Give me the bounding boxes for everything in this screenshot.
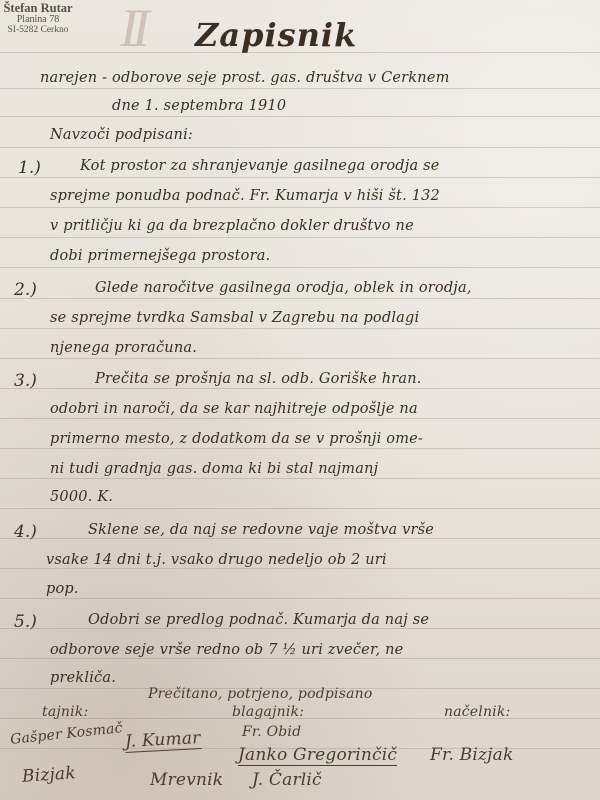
item-number: 3.) [14, 371, 37, 391]
item-line: Sklene se, da naj se redovne vaje moštva… [88, 522, 434, 538]
document-title: Zapisnik [195, 16, 357, 54]
item-line: primerno mesto, z dodatkom da se v prošn… [50, 431, 423, 447]
item-number: 4.) [14, 522, 37, 542]
present-line: Navzoči podpisani: [50, 127, 193, 143]
item-line: pop. [46, 581, 79, 597]
ruled-line [0, 267, 600, 268]
ruled-line [0, 328, 600, 329]
header-date: dne 1. septembra 1910 [112, 98, 286, 114]
item-line: vsake 14 dni t.j. vsako drugo nedeljo ob… [46, 552, 387, 568]
signature: Fr. Bizjak [430, 745, 513, 765]
item-line: sprejme ponudba podnač. Fr. Kumarja v hi… [50, 188, 440, 204]
ruled-line [0, 388, 600, 389]
item-number: 5.) [14, 612, 37, 632]
item-number: 1.) [18, 158, 41, 178]
item-line: Odobri se predlog podnač. Kumarja da naj… [88, 612, 429, 628]
ruled-line [0, 207, 600, 208]
ruled-line [0, 116, 600, 117]
ruled-line [0, 418, 600, 419]
signature: Gašper Kosmač [9, 720, 123, 748]
ruled-line [0, 628, 600, 629]
signature: Bizjak [21, 763, 76, 787]
ruled-line [0, 177, 600, 178]
item-line: v pritličju ki ga da brezplačno dokler d… [50, 218, 414, 234]
label-secretary: tajnik: [42, 704, 88, 720]
item-line: Glede naročitve gasilnega orodja, oblek … [95, 280, 472, 296]
item-number: 2.) [14, 280, 37, 300]
ruled-line [0, 237, 600, 238]
item-line: Kot prostor za shranjevanje gasilnega or… [80, 158, 440, 174]
ruled-line [0, 508, 600, 509]
ruled-line [0, 478, 600, 479]
item-line: ni tudi gradnja gas. doma ki bi stal naj… [50, 461, 378, 477]
item-line: prekliča. [50, 670, 116, 686]
ruled-line [0, 658, 600, 659]
ruled-line [0, 88, 600, 89]
ruled-line [0, 538, 600, 539]
ruled-line [0, 147, 600, 148]
label-chairman: načelnik: [444, 704, 510, 720]
signature: Fr. Obid [242, 724, 301, 740]
item-line: Prečita se prošnja na sl. odb. Goriške h… [95, 371, 422, 387]
ruled-line [0, 358, 600, 359]
item-line: odborove seje vrše redno ob 7 ½ uri zveč… [50, 642, 403, 658]
item-line: njenega proračuna. [50, 340, 197, 356]
ruled-line [0, 568, 600, 569]
signature: J. Kumar [125, 728, 202, 753]
page-mark: II [120, 4, 200, 52]
signature: Mrevnik [150, 770, 223, 790]
item-line: se sprejme tvrdka Samsbal v Zagrebu na p… [50, 310, 419, 326]
item-line: 5000. K. [50, 489, 113, 505]
signature: J. Čarlič [252, 770, 322, 790]
ruled-line [0, 298, 600, 299]
header-line: narejen - odborove seje prost. gas. druš… [40, 70, 450, 86]
signature: Janko Gregorinčič [238, 745, 397, 766]
closing-line: Prečitano, potrjeno, podpisano [148, 686, 372, 702]
archive-stamp: Štefan Rutar Planina 78 SI-5282 Cerkno [0, 2, 76, 36]
document-page: Štefan Rutar Planina 78 SI-5282 Cerkno I… [0, 0, 600, 800]
item-line: odobri in naroči, da se kar najhitreje o… [50, 401, 418, 417]
label-treasurer: blagajnik: [232, 704, 304, 720]
ruled-line [0, 598, 600, 599]
ruled-line [0, 448, 600, 449]
stamp-city: SI-5282 Cerkno [0, 26, 76, 36]
item-line: dobi primernejšega prostora. [50, 248, 270, 264]
